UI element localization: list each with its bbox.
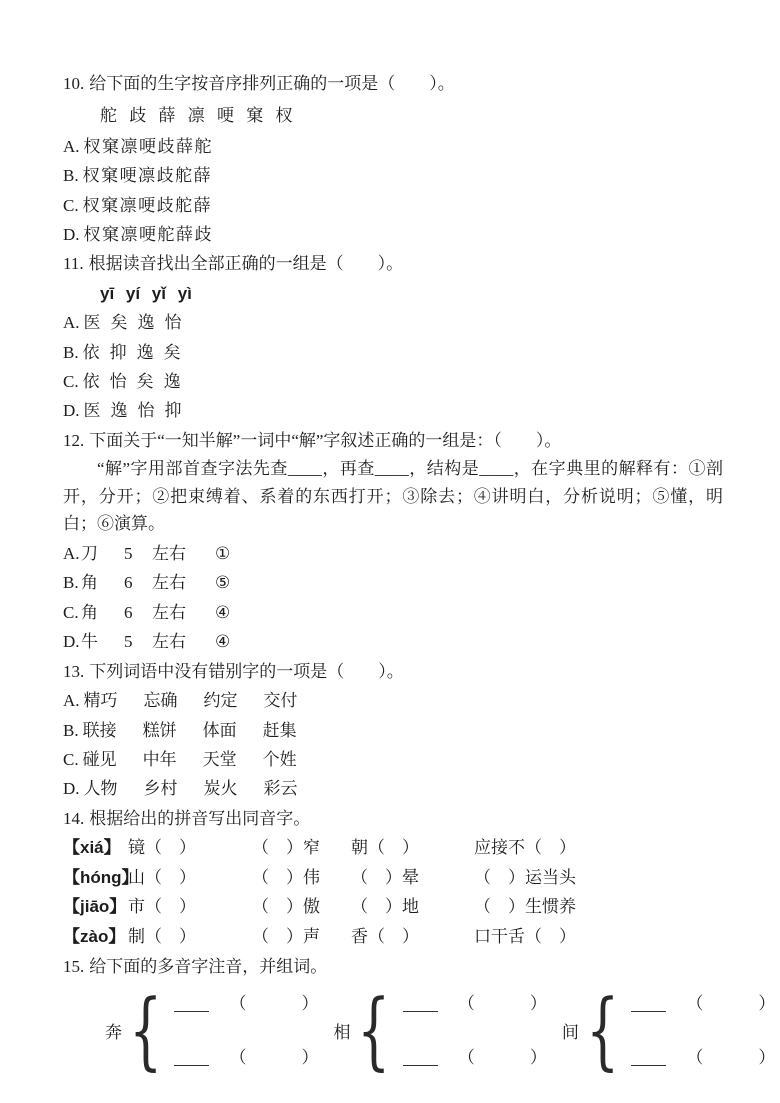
option-word: 中年 — [143, 750, 177, 769]
answer-row: （ ） — [403, 1049, 548, 1066]
answer-parens: （ ） — [458, 1049, 548, 1066]
option-char: 逸 — [111, 401, 128, 420]
fill-blank-item: （ ）运当头 — [474, 863, 723, 893]
question-11-option-b: B.依抑逸矣 — [63, 338, 723, 367]
option-text: 杈窠凛哽歧薛舵 — [84, 137, 214, 156]
fill-blank-item: 山（ ） — [128, 863, 252, 893]
option-char: 医 — [84, 313, 101, 332]
answer-parens: （ ） — [686, 1049, 776, 1066]
question-12-option-c: C.角6左右④ — [63, 598, 723, 627]
question-11-pinyin-row: yī yí yǐ yì — [63, 279, 723, 308]
option-label: C. — [63, 196, 79, 215]
question-10-character-list: 舵 歧 薛 凛 哽 窠 杈 — [63, 101, 723, 130]
answer-parens: （ ） — [229, 1049, 319, 1066]
question-14-row-zao: 【zào】制（ ）（ ）声香（ ）口干舌（ ） — [63, 922, 723, 952]
answer-blank — [174, 1050, 209, 1066]
answer-blank — [631, 1050, 666, 1066]
question-10-option-b: B.杈窠哽凛歧舵薛 — [63, 161, 723, 190]
polyphone-group-ben: 奔 { （ ） （ ） — [105, 995, 319, 1066]
option-char: 逸 — [137, 343, 154, 362]
question-12-option-a: A.刀5左右① — [63, 539, 723, 568]
option-label: A. — [63, 691, 80, 710]
question-13-option-a: A.精巧忘确约定交付 — [63, 686, 723, 715]
fill-blank-item: 朝（ ） — [351, 833, 474, 863]
question-11-stem: 11.根据读音找出全部正确的一组是（ ）。 — [63, 249, 723, 278]
question-12-option-d: D.牛5左右④ — [63, 627, 723, 656]
stroke-count: 6 — [124, 568, 152, 597]
question-11-option-c: C.依怡矣逸 — [63, 367, 723, 396]
option-char: 逸 — [138, 313, 155, 332]
pinyin-label: 【xiá】 — [63, 833, 128, 863]
option-label: A. — [63, 137, 80, 156]
definition-number: ① — [215, 539, 723, 568]
question-13-option-d: D.人物乡村炭火彩云 — [63, 774, 723, 803]
structure: 左右 — [152, 539, 215, 568]
option-label: B. — [63, 166, 79, 185]
fill-blank-item: （ ）地 — [351, 892, 474, 922]
pinyin-label: 【jiāo】 — [63, 892, 128, 922]
structure: 左右 — [152, 627, 215, 656]
option-word: 约定 — [204, 691, 238, 710]
option-char: 医 — [84, 401, 101, 420]
definition-number: ④ — [215, 598, 723, 627]
answer-blank — [174, 996, 209, 1012]
option-word: 个姓 — [263, 750, 297, 769]
stroke-count: 5 — [124, 539, 152, 568]
option-char: 矣 — [111, 313, 128, 332]
option-word: 糕饼 — [143, 721, 177, 740]
question-10-option-c: C.杈窠凛哽歧舵薛 — [63, 191, 723, 220]
question-10-option-a: A.杈窠凛哽歧薛舵 — [63, 132, 723, 161]
brace-glyph: { — [358, 995, 391, 1065]
option-word: 交付 — [264, 691, 298, 710]
option-char: 依 — [83, 343, 100, 362]
answer-row: （ ） — [631, 1049, 776, 1066]
question-stem-text: 下列词语中没有错别字的一项是（ ）。 — [89, 662, 404, 681]
question-14-row-xia: 【xiá】镜（ ）（ ）窄朝（ ）应接不（ ） — [63, 833, 723, 863]
option-label: A. — [63, 539, 81, 568]
option-label: C. — [63, 372, 79, 391]
brace-glyph: { — [586, 995, 619, 1065]
radical: 角 — [81, 568, 124, 597]
definition-number: ⑤ — [215, 568, 723, 597]
answer-parens: （ ） — [686, 995, 776, 1012]
option-word: 精巧 — [84, 691, 118, 710]
answer-row: （ ） — [403, 995, 548, 1012]
option-char: 矣 — [164, 343, 181, 362]
option-label: A. — [63, 313, 80, 332]
fill-blank-item: 应接不（ ） — [474, 833, 723, 863]
polyphone-group-jian: 间 { （ ） （ ） — [562, 995, 776, 1066]
fill-blank-item: （ ）窄 — [252, 833, 351, 863]
question-number: 12. — [63, 431, 84, 450]
answer-blank — [403, 996, 438, 1012]
option-word: 忘确 — [144, 691, 178, 710]
fill-blank-item: （ ）生惯养 — [474, 892, 723, 922]
fill-blank-item: 口干舌（ ） — [474, 922, 723, 952]
brace-glyph: { — [129, 995, 162, 1065]
answer-row: （ ） — [174, 995, 319, 1012]
pinyin-label: 【hóng】 — [63, 863, 128, 893]
fill-blank-item: （ ）傲 — [252, 892, 351, 922]
fill-blank-item: 镜（ ） — [128, 833, 252, 863]
question-13: 13.下列词语中没有错别字的一项是（ ）。 A.精巧忘确约定交付 B.联接糕饼体… — [63, 657, 723, 804]
option-word: 体面 — [203, 721, 237, 740]
answer-row: （ ） — [631, 995, 776, 1012]
option-char: 抑 — [165, 401, 182, 420]
polyphone-character: 间 — [562, 1018, 579, 1043]
question-11: 11.根据读音找出全部正确的一组是（ ）。 yī yí yǐ yì A.医矣逸怡… — [63, 249, 723, 425]
stroke-count: 6 — [124, 598, 152, 627]
polyphone-character: 相 — [333, 1018, 350, 1043]
option-label: C. — [63, 598, 81, 627]
question-stem-text: 根据读音找出全部正确的一组是（ ）。 — [89, 254, 404, 273]
question-14: 14.根据给出的拼音写出同音字。 【xiá】镜（ ）（ ）窄朝（ ）应接不（ ）… — [63, 804, 723, 952]
question-13-option-c: C.碰见中年天堂个姓 — [63, 745, 723, 774]
fill-blank-item: 香（ ） — [351, 922, 474, 952]
answer-parens: （ ） — [229, 995, 319, 1012]
option-char: 怡 — [110, 372, 127, 391]
option-char: 逸 — [164, 372, 181, 391]
pinyin-label: 【zào】 — [63, 922, 128, 952]
question-12-passage: “解”字用部首查字法先查____，再查____，结构是____，在字典里的解释有… — [63, 455, 723, 538]
option-word: 彩云 — [264, 779, 298, 798]
radical: 牛 — [81, 627, 124, 656]
structure: 左右 — [152, 598, 215, 627]
option-label: D. — [63, 779, 80, 798]
question-number: 13. — [63, 662, 84, 681]
option-text: 杈窠凛哽歧舵薛 — [83, 196, 213, 215]
option-char: 依 — [83, 372, 100, 391]
question-number: 11. — [63, 254, 84, 273]
option-text: 杈窠凛哽舵薛歧 — [84, 225, 214, 244]
answer-blank — [631, 996, 666, 1012]
question-13-option-b: B.联接糕饼体面赶集 — [63, 716, 723, 745]
option-word: 炭火 — [204, 779, 238, 798]
option-char: 矣 — [137, 372, 154, 391]
question-15-stem: 15.给下面的多音字注音，并组词。 — [63, 952, 723, 981]
option-word: 人物 — [84, 779, 118, 798]
option-char: 怡 — [138, 401, 155, 420]
option-word: 赶集 — [263, 721, 297, 740]
option-word: 天堂 — [203, 750, 237, 769]
option-label: D. — [63, 627, 81, 656]
question-13-stem: 13.下列词语中没有错别字的一项是（ ）。 — [63, 657, 723, 686]
question-number: 15. — [63, 957, 84, 976]
fill-blank-item: 市（ ） — [128, 892, 252, 922]
question-10-option-d: D.杈窠凛哽舵薛歧 — [63, 220, 723, 249]
question-14-row-hong: 【hóng】山（ ）（ ）伟（ ）晕（ ）运当头 — [63, 863, 723, 893]
option-word: 乡村 — [144, 779, 178, 798]
answer-row: （ ） — [174, 1049, 319, 1066]
fill-blank-item: 制（ ） — [128, 922, 252, 952]
definition-number: ④ — [215, 627, 723, 656]
fill-blank-item: （ ）晕 — [351, 863, 474, 893]
question-10-stem: 10.给下面的生字按音序排列正确的一项是（ ）。 — [63, 69, 723, 98]
question-number: 10. — [63, 74, 84, 93]
question-10: 10.给下面的生字按音序排列正确的一项是（ ）。 舵 歧 薛 凛 哽 窠 杈 A… — [63, 69, 723, 249]
option-label: B. — [63, 568, 81, 597]
question-15: 15.给下面的多音字注音，并组词。 奔 { （ ） （ ） 相 { （ ） （ … — [63, 952, 723, 1066]
answer-parens: （ ） — [458, 995, 548, 1012]
option-char: 怡 — [165, 313, 182, 332]
question-14-stem: 14.根据给出的拼音写出同音字。 — [63, 804, 723, 833]
radical: 角 — [81, 598, 124, 627]
option-label: C. — [63, 750, 79, 769]
answer-blank — [403, 1050, 438, 1066]
question-12-option-b: B.角6左右⑤ — [63, 568, 723, 597]
option-char: 抑 — [110, 343, 127, 362]
question-stem-text: 根据给出的拼音写出同音字。 — [89, 809, 310, 828]
option-word: 碰见 — [83, 750, 117, 769]
question-15-groups: 奔 { （ ） （ ） 相 { （ ） （ ） 间 { — [105, 995, 723, 1066]
option-label: D. — [63, 401, 80, 420]
question-11-option-a: A.医矣逸怡 — [63, 308, 723, 337]
option-label: B. — [63, 343, 79, 362]
worksheet-page: 10.给下面的生字按音序排列正确的一项是（ ）。 舵 歧 薛 凛 哽 窠 杈 A… — [0, 0, 780, 1066]
structure: 左右 — [152, 568, 215, 597]
question-14-row-jiao: 【jiāo】市（ ）（ ）傲（ ）地（ ）生惯养 — [63, 892, 723, 922]
polyphone-group-xiang: 相 { （ ） （ ） — [333, 995, 547, 1066]
option-label: B. — [63, 721, 79, 740]
question-11-option-d: D.医逸怡抑 — [63, 396, 723, 425]
question-stem-text: 给下面的多音字注音，并组词。 — [89, 957, 327, 976]
question-stem-text: 给下面的生字按音序排列正确的一项是（ ）。 — [89, 74, 455, 93]
radical: 刀 — [81, 539, 124, 568]
question-12-stem: 12.下面关于“一知半解”一词中“解”字叙述正确的一组是：（ ）。 — [63, 426, 723, 455]
polyphone-character: 奔 — [105, 1018, 122, 1043]
option-text: 杈窠哽凛歧舵薛 — [83, 166, 213, 185]
question-number: 14. — [63, 809, 84, 828]
fill-blank-item: （ ）声 — [252, 922, 351, 952]
question-12: 12.下面关于“一知半解”一词中“解”字叙述正确的一组是：（ ）。 “解”字用部… — [63, 426, 723, 657]
option-word: 联接 — [83, 721, 117, 740]
fill-blank-item: （ ）伟 — [252, 863, 351, 893]
option-label: D. — [63, 225, 80, 244]
question-stem-text: 下面关于“一知半解”一词中“解”字叙述正确的一组是：（ ）。 — [89, 431, 561, 450]
stroke-count: 5 — [124, 627, 152, 656]
